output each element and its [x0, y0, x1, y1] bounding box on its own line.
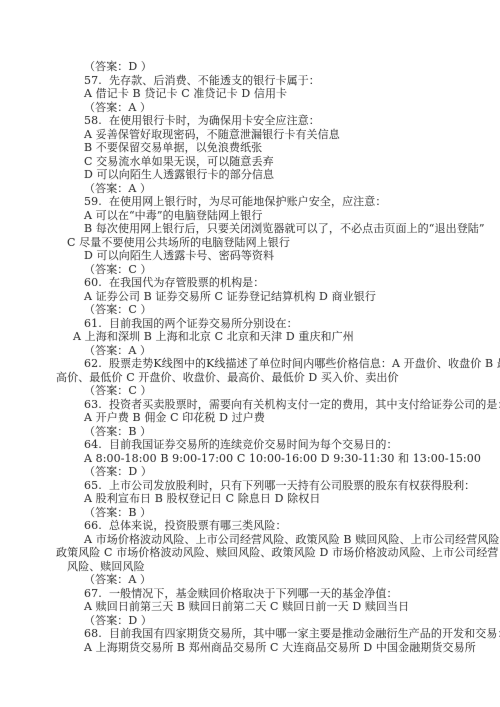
- question-line-62: 62. 股票走势K线图中的K线描述了单位时间内哪些价格信息：A 开盘价、收盘价 …: [56, 357, 452, 371]
- answer-line: （答案：A ）: [56, 101, 452, 115]
- document-page: （答案：D ） 57. 先存款、后消费、不能透支的银行卡属于： A 借记卡 B …: [0, 0, 500, 707]
- option-line-d: D 可以向陌生人透露银行卡的部分信息: [56, 168, 452, 182]
- question-line-66: 66. 总体来说，投资股票有哪三类风险：: [56, 519, 452, 533]
- options-line: A 上海期货交易所 B 郑州商品交易所 C 大连商品交易所 D 中国金融期货交易…: [56, 641, 452, 655]
- question-line-68: 68. 目前我国有四家期货交易所，其中哪一家主要是推动金融衍生产品的开发和交易：: [56, 627, 452, 641]
- options-line: A 8:00-18:00 B 9:00-17:00 C 10:00-16:00 …: [56, 452, 452, 466]
- question-line-57: 57. 先存款、后消费、不能透支的银行卡属于：: [56, 74, 452, 88]
- options-line: A 证券公司 B 证券交易所 C 证券登记结算机构 D 商业银行: [56, 290, 452, 304]
- options-line: A 开户费 B 佣金 C 印花税 D 过户费: [56, 411, 452, 425]
- option-line-b: B 每次使用网上银行后，只要关闭浏览器就可以了，不必点击页面上的“退出登陆”: [56, 222, 452, 236]
- answer-line: （答案：A ）: [56, 344, 452, 358]
- option-line-a: A 可以在“中毒”的电脑登陆网上银行: [56, 209, 452, 223]
- options-line: A 市场价格波动风险、上市公司经营风险、政策风险 B 赎回风险、上市公司经营风险…: [56, 533, 452, 547]
- question-line-63: 63. 投资者买卖股票时，需要向有关机构支付一定的费用，其中支付给证券公司的是：: [56, 398, 452, 412]
- answer-line: （答案：D ）: [56, 614, 452, 628]
- options-line: A 股利宣布日 B 股权登记日 C 除息日 D 除权日: [56, 492, 452, 506]
- continuation-line: 高价、最低价 C 开盘价、收盘价、最高价、最低价 D 买入价、卖出价: [56, 371, 452, 385]
- answer-line: （答案：C ）: [56, 384, 452, 398]
- question-line-59: 59. 在使用网上银行时，为尽可能地保护账户安全，应注意：: [56, 195, 452, 209]
- answer-line: （答案：D ）: [56, 465, 452, 479]
- question-line-58: 58. 在使用银行卡时，为确保用卡安全应注意：: [56, 114, 452, 128]
- question-line-65: 65. 上市公司发放股利时，只有下列哪一天持有公司股票的股东有权获得股利：: [56, 479, 452, 493]
- answer-line: （答案：A ）: [56, 573, 452, 587]
- answer-line: （答案：A ）: [56, 182, 452, 196]
- option-line-c: C 交易流水单如果无误，可以随意丢弃: [56, 155, 452, 169]
- option-line-b: B 不要保留交易单据，以免浪费纸张: [56, 141, 452, 155]
- question-line-67: 67. 一般情况下，基金赎回价格取决于下列哪一天的基金净值：: [56, 587, 452, 601]
- answer-line: （答案：C ）: [56, 303, 452, 317]
- question-line-61: 61. 目前我国的两个证券交易所分别设在：: [56, 317, 452, 331]
- question-line-64: 64. 目前我国证券交易所的连续竞价交易时间为每个交易日的：: [56, 438, 452, 452]
- options-line: A 借记卡 B 贷记卡 C 准贷记卡 D 信用卡: [56, 87, 452, 101]
- option-line-a: A 妥善保管好取现密码，不随意泄漏银行卡有关信息: [56, 128, 452, 142]
- answer-line: （答案：B ）: [56, 506, 452, 520]
- options-line: A 赎回日前第三天 B 赎回日前第二天 C 赎回日前一天 D 赎回当日: [56, 600, 452, 614]
- answer-line: （答案：D ）: [56, 60, 452, 74]
- question-text-block: （答案：D ） 57. 先存款、后消费、不能透支的银行卡属于： A 借记卡 B …: [56, 60, 452, 654]
- question-line-60: 60. 在我国代为存管股票的机构是：: [56, 276, 452, 290]
- continuation-line: 风险、赎回风险: [56, 560, 452, 574]
- continuation-line: 政策风险 C 市场价格波动风险、赎回风险、政策风险 D 市场价格波动风险、上市公…: [56, 546, 452, 560]
- option-line-c: C 尽量不要使用公共场所的电脑登陆网上银行: [56, 236, 452, 250]
- options-line: A 上海和深圳 B 上海和北京 C 北京和天津 D 重庆和广州: [56, 330, 452, 344]
- answer-line: （答案：B ）: [56, 425, 452, 439]
- answer-line: （答案：C ）: [56, 263, 452, 277]
- option-line-d: D 可以向陌生人透露卡号、密码等资料: [56, 249, 452, 263]
